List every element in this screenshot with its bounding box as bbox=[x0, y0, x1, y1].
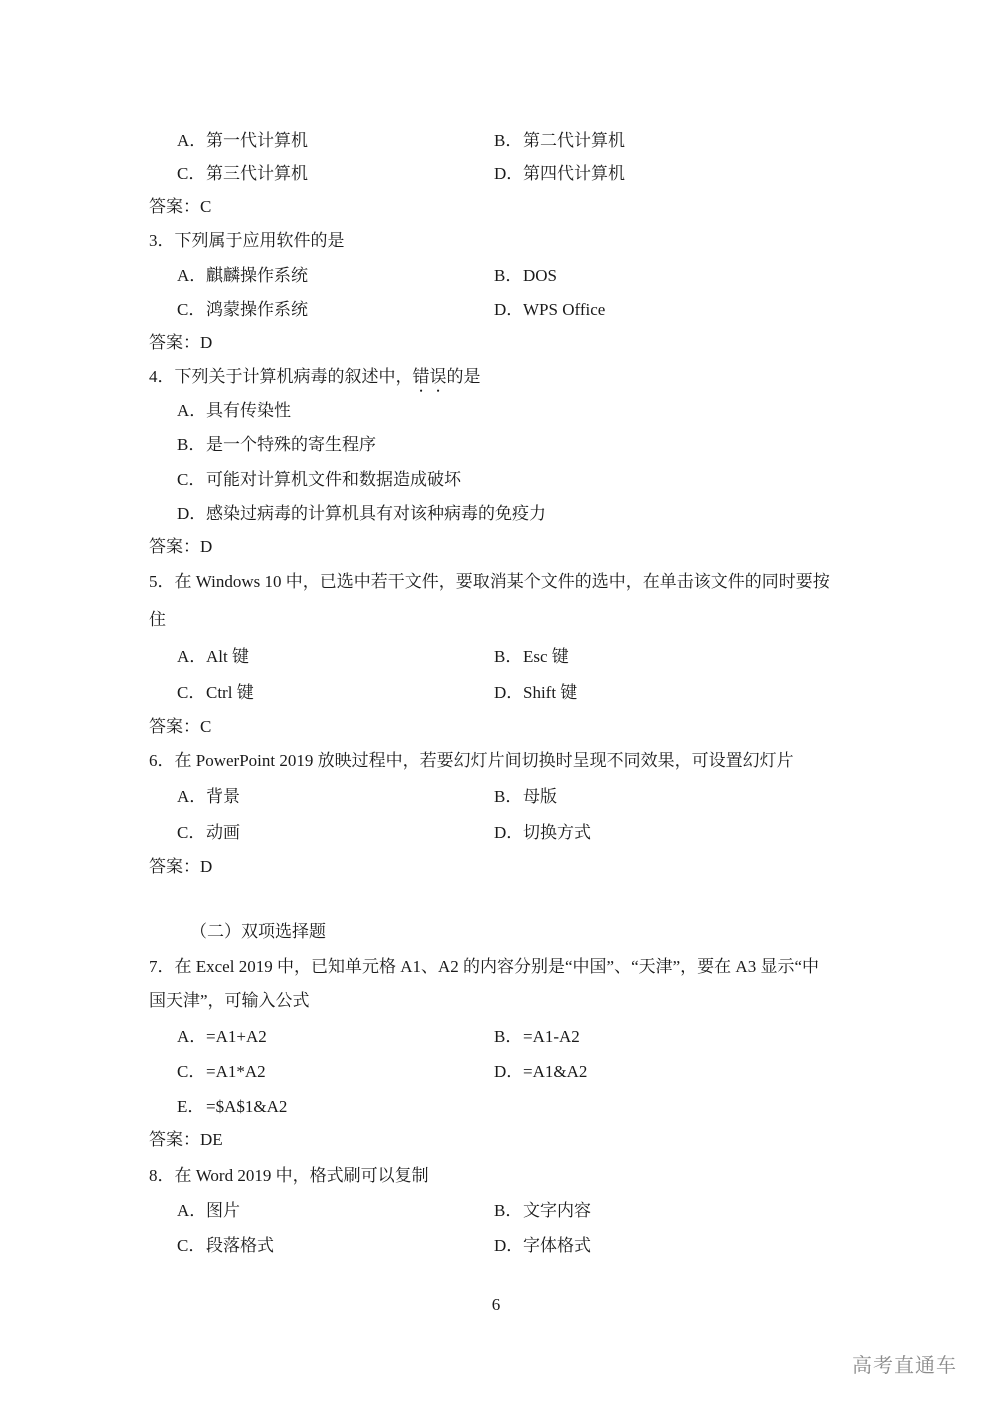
option-text: DOS bbox=[523, 266, 557, 285]
option-text: 母版 bbox=[523, 787, 557, 806]
option-text: 第二代计算机 bbox=[523, 131, 625, 150]
option-label: E． bbox=[177, 1096, 206, 1118]
q4-stem-post: 的是 bbox=[447, 367, 481, 386]
option-label: B． bbox=[494, 646, 523, 668]
q4-option-b: B．是一个特殊的寄生程序 bbox=[177, 434, 376, 456]
q4-answer: 答案：D bbox=[149, 536, 212, 558]
option-label: D． bbox=[177, 503, 206, 525]
option-text: Shift 键 bbox=[523, 683, 577, 702]
q4-option-c: C．可能对计算机文件和数据造成破坏 bbox=[177, 469, 461, 491]
q7-option-c: C．=A1*A2 bbox=[177, 1061, 266, 1083]
option-text: 文字内容 bbox=[523, 1201, 591, 1220]
option-label: B． bbox=[494, 265, 523, 287]
option-text: 字体格式 bbox=[523, 1236, 591, 1255]
q6-answer: 答案：D bbox=[149, 856, 212, 878]
option-label: A． bbox=[177, 400, 206, 422]
option-label: D． bbox=[494, 1061, 523, 1083]
page-number: 6 bbox=[0, 1294, 992, 1316]
q3-stem: 3．下列属于应用软件的是 bbox=[149, 230, 345, 252]
option-text: =A1+A2 bbox=[206, 1027, 267, 1046]
option-text: 麒麟操作系统 bbox=[206, 266, 308, 285]
q7-stem-line1: 7．在 Excel 2019 中，已知单元格 A1、A2 的内容分别是“中国”、… bbox=[149, 956, 819, 978]
option-text: =A1&A2 bbox=[523, 1062, 587, 1081]
option-label: D． bbox=[494, 1235, 523, 1257]
q6-option-d: D．切换方式 bbox=[494, 822, 591, 844]
q4-stem-pre: 4．下列关于计算机病毒的叙述中， bbox=[149, 367, 413, 386]
q5-stem-line1: 5．在 Windows 10 中，已选中若干文件，要取消某个文件的选中，在单击该… bbox=[149, 571, 830, 593]
q8-option-a: A．图片 bbox=[177, 1200, 240, 1222]
q3-option-d: D．WPS Office bbox=[494, 299, 605, 321]
q2-option-a: A．第一代计算机 bbox=[177, 130, 308, 152]
q6-option-c: C．动画 bbox=[177, 822, 240, 844]
option-text: 是一个特殊的寄生程序 bbox=[206, 435, 376, 454]
q3-option-b: B．DOS bbox=[494, 265, 557, 287]
option-text: 感染过病毒的计算机具有对该种病毒的免疫力 bbox=[206, 504, 546, 523]
option-text: =$A$1&A2 bbox=[206, 1097, 287, 1116]
option-label: B． bbox=[494, 786, 523, 808]
option-label: D． bbox=[494, 682, 523, 704]
option-label: C． bbox=[177, 822, 206, 844]
option-text: 第一代计算机 bbox=[206, 131, 308, 150]
option-label: A． bbox=[177, 786, 206, 808]
option-text: 段落格式 bbox=[206, 1236, 274, 1255]
option-label: C． bbox=[177, 299, 206, 321]
q8-option-c: C．段落格式 bbox=[177, 1235, 274, 1257]
option-text: WPS Office bbox=[523, 300, 605, 319]
option-label: B． bbox=[494, 1200, 523, 1222]
option-label: C． bbox=[177, 1061, 206, 1083]
q7-option-b: B．=A1-A2 bbox=[494, 1026, 580, 1048]
q6-option-a: A．背景 bbox=[177, 786, 240, 808]
option-label: C． bbox=[177, 1235, 206, 1257]
option-text: 第三代计算机 bbox=[206, 164, 308, 183]
option-text: 具有传染性 bbox=[206, 401, 291, 420]
option-text: 第四代计算机 bbox=[523, 164, 625, 183]
q6-stem: 6．在 PowerPoint 2019 放映过程中，若要幻灯片间切换时呈现不同效… bbox=[149, 750, 794, 772]
q7-option-e: E．=$A$1&A2 bbox=[177, 1096, 287, 1118]
q7-answer: 答案：DE bbox=[149, 1129, 223, 1151]
q8-option-b: B．文字内容 bbox=[494, 1200, 591, 1222]
q8-option-d: D．字体格式 bbox=[494, 1235, 591, 1257]
q7-stem-line2: 国天津”，可输入公式 bbox=[149, 990, 310, 1012]
option-label: A． bbox=[177, 130, 206, 152]
option-text: Alt 键 bbox=[206, 647, 249, 666]
option-label: A． bbox=[177, 1200, 206, 1222]
q5-answer: 答案：C bbox=[149, 716, 211, 738]
q2-option-c: C．第三代计算机 bbox=[177, 163, 308, 185]
option-label: C． bbox=[177, 163, 206, 185]
option-text: Esc 键 bbox=[523, 647, 569, 666]
option-label: B． bbox=[177, 434, 206, 456]
q8-stem: 8．在 Word 2019 中，格式刷可以复制 bbox=[149, 1165, 429, 1187]
q3-answer: 答案：D bbox=[149, 332, 212, 354]
q2-option-b: B．第二代计算机 bbox=[494, 130, 625, 152]
q3-option-a: A．麒麟操作系统 bbox=[177, 265, 308, 287]
q4-stem-emphasis: 错误 bbox=[413, 367, 447, 386]
option-text: 动画 bbox=[206, 823, 240, 842]
section-title: （二）双项选择题 bbox=[190, 921, 326, 943]
q5-option-a: A．Alt 键 bbox=[177, 646, 249, 668]
option-label: B． bbox=[494, 130, 523, 152]
option-label: C． bbox=[177, 682, 206, 704]
option-label: B． bbox=[494, 1026, 523, 1048]
q4-option-a: A．具有传染性 bbox=[177, 400, 291, 422]
option-text: Ctrl 键 bbox=[206, 683, 254, 702]
option-label: D． bbox=[494, 822, 523, 844]
q5-option-b: B．Esc 键 bbox=[494, 646, 569, 668]
option-label: A． bbox=[177, 265, 206, 287]
q3-option-c: C．鸿蒙操作系统 bbox=[177, 299, 308, 321]
option-label: A． bbox=[177, 1026, 206, 1048]
option-label: A． bbox=[177, 646, 206, 668]
option-label: D． bbox=[494, 163, 523, 185]
option-label: C． bbox=[177, 469, 206, 491]
option-text: =A1*A2 bbox=[206, 1062, 266, 1081]
option-text: =A1-A2 bbox=[523, 1027, 580, 1046]
q4-stem: 4．下列关于计算机病毒的叙述中，错误的是 bbox=[149, 366, 481, 396]
q2-answer: 答案：C bbox=[149, 196, 211, 218]
q5-option-c: C．Ctrl 键 bbox=[177, 682, 254, 704]
option-text: 背景 bbox=[206, 787, 240, 806]
watermark: 高考直通车 bbox=[852, 1349, 957, 1378]
option-label: D． bbox=[494, 299, 523, 321]
q4-option-d: D．感染过病毒的计算机具有对该种病毒的免疫力 bbox=[177, 503, 546, 525]
option-text: 切换方式 bbox=[523, 823, 591, 842]
option-text: 可能对计算机文件和数据造成破坏 bbox=[206, 470, 461, 489]
q5-option-d: D．Shift 键 bbox=[494, 682, 577, 704]
option-text: 鸿蒙操作系统 bbox=[206, 300, 308, 319]
option-text: 图片 bbox=[206, 1201, 240, 1220]
q5-stem-line2: 住 bbox=[149, 609, 166, 631]
q6-option-b: B．母版 bbox=[494, 786, 557, 808]
q7-option-d: D．=A1&A2 bbox=[494, 1061, 587, 1083]
q2-option-d: D．第四代计算机 bbox=[494, 163, 625, 185]
q7-option-a: A．=A1+A2 bbox=[177, 1026, 267, 1048]
